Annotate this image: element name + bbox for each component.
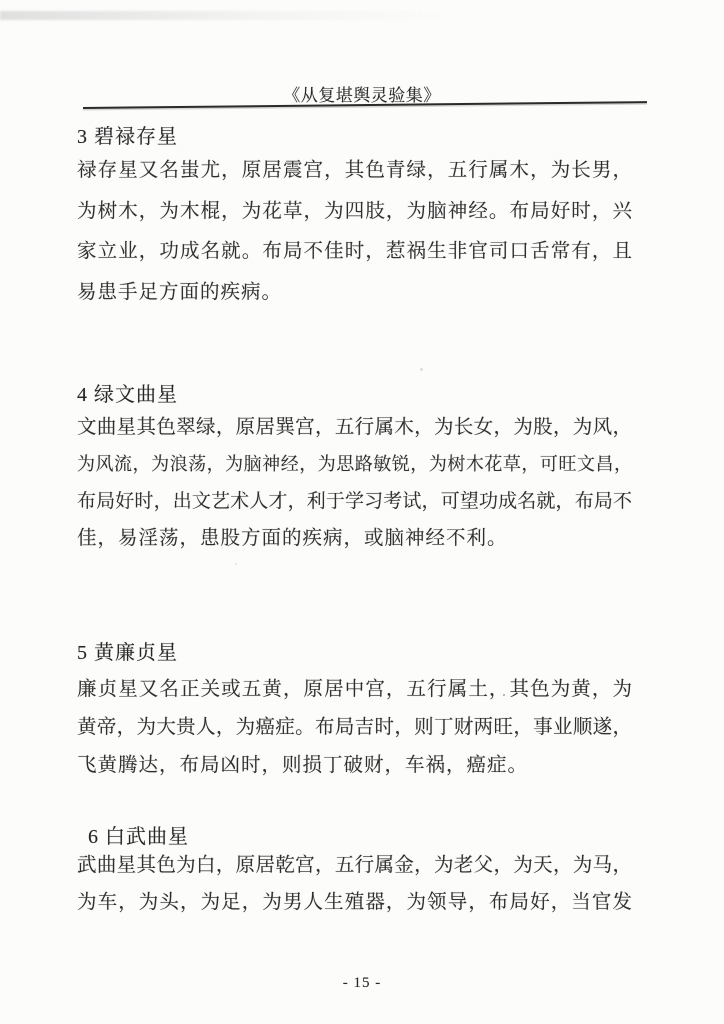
body-line: 飞黄腾达，布局凶时，则损丁破财，车祸，癌症。 bbox=[77, 747, 632, 785]
body-line: 为树木，为木棍，为花草，为四肢，为脑神经。布局好时，兴 bbox=[77, 192, 632, 233]
section-heading-5: 5 黄廉贞星 bbox=[77, 636, 178, 665]
body-line: 易患手足方面的疾病。 bbox=[77, 273, 632, 314]
section-heading-3: 3 碧禄存星 bbox=[77, 120, 178, 149]
body-line: 黄帝，为大贵人，为癌症。布局吉时，则丁财两旺，事业顺遂， bbox=[77, 709, 632, 747]
scan-artifact-smudge bbox=[0, 11, 480, 20]
section-heading-4: 4 绿文曲星 bbox=[77, 378, 178, 407]
body-line: 为风流，为浪荡，为脑神经，为思路敏锐，为树木花草，可旺文昌， bbox=[77, 446, 632, 483]
body-line: 家立业，功成名就。布局不佳时，惹祸生非官司口舌常有，且 bbox=[77, 232, 632, 273]
section-3-paragraph: 禄存星又名蚩尤，原居震宫，其色青绿，五行属木，为长男， 为树木，为木棍，为花草，… bbox=[77, 151, 632, 313]
section-6-paragraph: 武曲星其色为白，原居乾宫，五行属金，为老父，为天，为马， 为车，为头，为足，为男… bbox=[77, 847, 632, 921]
scanned-book-page: 《从复堪舆灵验集》 3 碧禄存星 禄存星又名蚩尤，原居震宫，其色青绿，五行属木，… bbox=[0, 0, 724, 1024]
section-5-paragraph: 廉贞星又名正关或五黄，原居中宫，五行属土，其色为黄，为 黄帝，为大贵人，为癌症。… bbox=[77, 671, 632, 785]
body-line: 布局好时，出文艺术人才，利于学习考试，可望功成名就，布局不 bbox=[77, 483, 632, 520]
scan-artifact-speck bbox=[420, 368, 423, 371]
body-line: 为车，为头，为足，为男人生殖器，为领导，布局好，当官发 bbox=[77, 884, 632, 921]
section-4-paragraph: 文曲星其色翠绿，原居巽宫，五行属木，为长女，为股，为风， 为风流，为浪荡，为脑神… bbox=[77, 409, 632, 557]
body-line: 禄存星又名蚩尤，原居震宫，其色青绿，五行属木，为长男， bbox=[77, 151, 632, 192]
scan-artifact-speck bbox=[235, 563, 237, 565]
body-line: 武曲星其色为白，原居乾宫，五行属金，为老父，为天，为马， bbox=[77, 847, 632, 884]
body-line: 廉贞星又名正关或五黄，原居中宫，五行属土，其色为黄，为 bbox=[77, 671, 632, 709]
body-line: 文曲星其色翠绿，原居巽宫，五行属木，为长女，为股，为风， bbox=[77, 409, 632, 446]
body-line: 佳，易淫荡，患股方面的疾病，或脑神经不利。 bbox=[77, 520, 632, 557]
section-heading-6: 6 白武曲星 bbox=[88, 820, 189, 849]
page-number: - 15 - bbox=[0, 975, 724, 992]
